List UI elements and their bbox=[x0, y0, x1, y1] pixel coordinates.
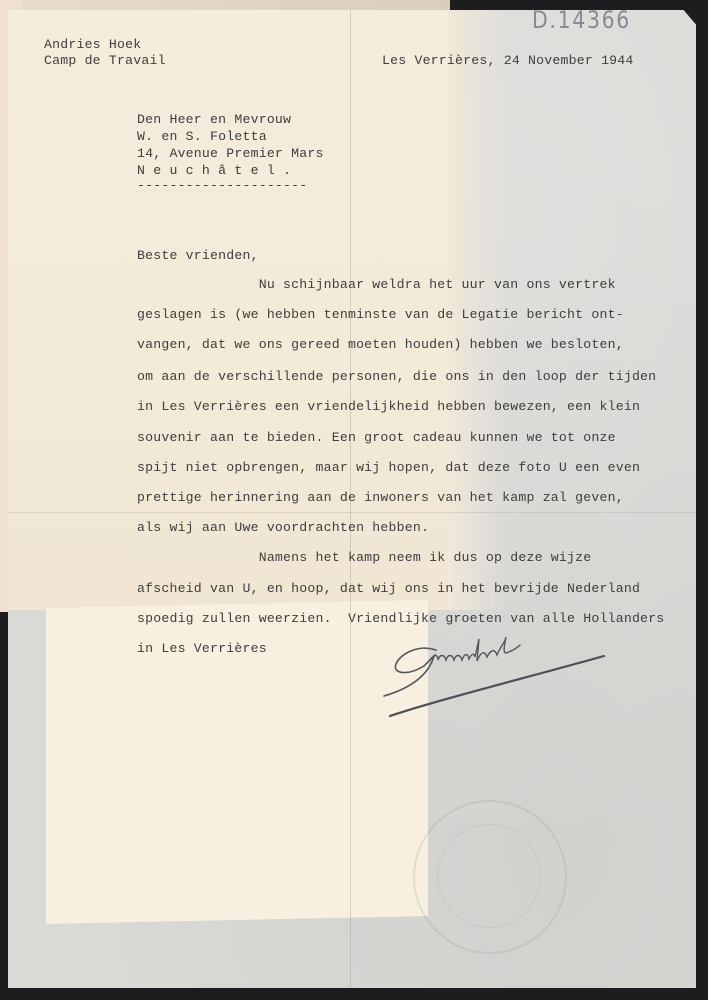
body-line: om aan de verschillende personen, die on… bbox=[137, 368, 656, 385]
fold-line-horizontal bbox=[8, 512, 696, 513]
body-line: spijt niet opbrengen, maar wij hopen, da… bbox=[137, 459, 640, 476]
faint-stamp bbox=[413, 800, 567, 954]
body-line: spoedig zullen weerzien. Vriendlijke gro… bbox=[137, 610, 664, 627]
body-line: prettige herinnering aan de inwoners van… bbox=[137, 489, 624, 506]
body-line: in Les Verrières bbox=[137, 640, 267, 657]
recipient-rule: --------------------- bbox=[137, 177, 307, 194]
body-line: souvenir aan te bieden. Een groot cadeau… bbox=[137, 429, 616, 446]
body-line: in Les Verrières een vriendelijkheid heb… bbox=[137, 398, 640, 415]
place-date: Les Verrières, 24 November 1944 bbox=[382, 52, 634, 69]
signature bbox=[378, 630, 618, 730]
sender-name: Andries Hoek bbox=[44, 36, 141, 53]
body-line: Namens het kamp neem ik dus op deze wijz… bbox=[137, 549, 591, 566]
sender-organization: Camp de Travail bbox=[44, 52, 166, 69]
body-line: afscheid van U, en hoop, dat wij ons in … bbox=[137, 580, 640, 597]
salutation: Beste vrienden, bbox=[137, 247, 259, 264]
body-line: Nu schijnbaar weldra het uur van ons ver… bbox=[137, 276, 616, 293]
archive-reference: D.14366 bbox=[532, 6, 631, 34]
body-line: geslagen is (we hebben tenminste van de … bbox=[137, 306, 624, 323]
recipient-line-1: Den Heer en Mevrouw bbox=[137, 111, 291, 128]
body-line: als wij aan Uwe voordrachten hebben. bbox=[137, 519, 429, 536]
recipient-line-2: W. en S. Foletta bbox=[137, 128, 267, 145]
body-line: vangen, dat we ons gereed moeten houden)… bbox=[137, 336, 624, 353]
recipient-line-3: 14, Avenue Premier Mars bbox=[137, 145, 324, 162]
